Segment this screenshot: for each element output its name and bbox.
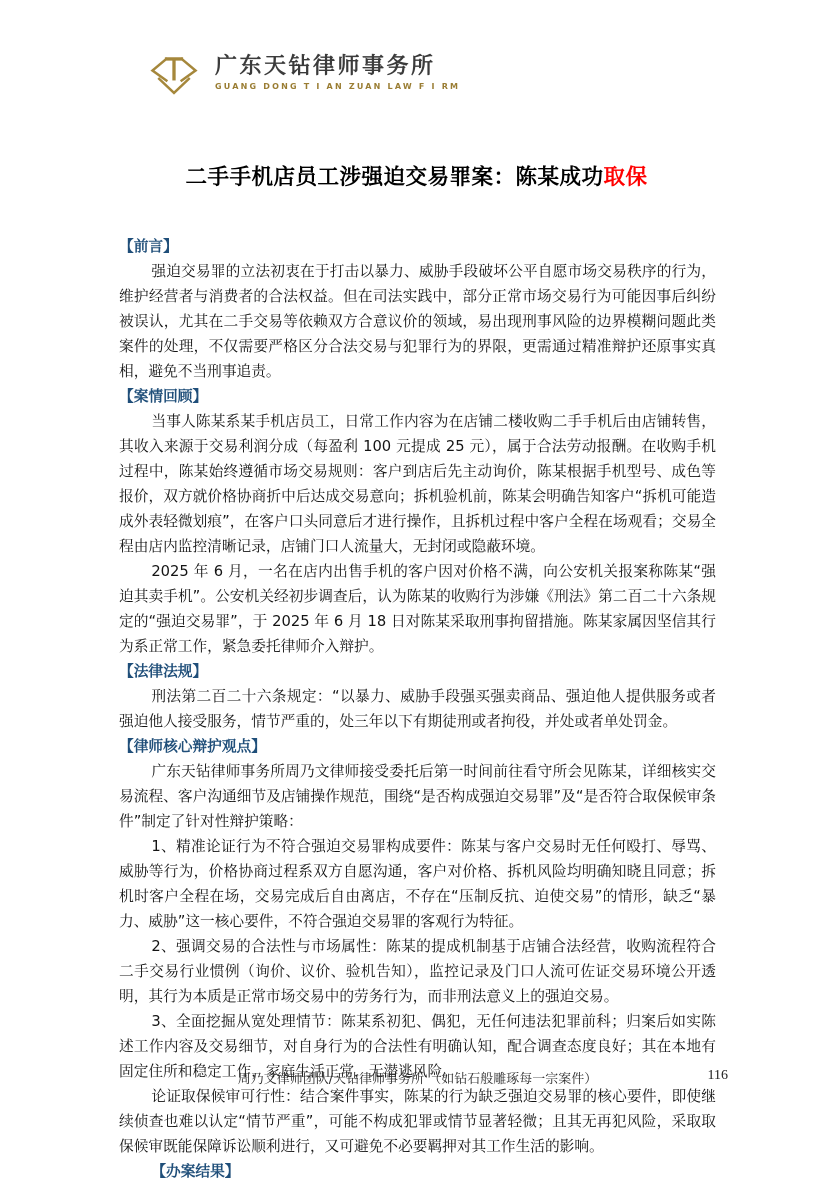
section-heading-laws: 【法律法规】 — [119, 659, 716, 684]
firm-name-en: GUANG DONG T I AN ZUAN LAW F I RM — [215, 82, 460, 91]
paragraph: 论证取保候审可行性：结合案件事实，陈某的行为缺乏强迫交易罪的核心要件，即使继续侦… — [119, 1084, 716, 1159]
paragraph: 当事人陈某系某手机店员工，日常工作内容为在店铺二楼收购二手手机后由店铺转售，其收… — [119, 409, 716, 559]
firm-name-cn: 广东天钻律师事务所 — [215, 55, 460, 79]
paragraph: 2025 年 6 月，一名在店内出售手机的客户因对价格不满，向公安机关报案称陈某… — [119, 559, 716, 659]
page-footer: 周乃文律师团队/天钻律师事务所 （如钻石般雕琢每一宗案件） 116 — [119, 1068, 716, 1087]
paragraph: 1、精准论证行为不符合强迫交易罪构成要件：陈某与客户交易时无任何殴打、辱骂、威胁… — [119, 834, 716, 934]
section-heading-case-result: 【办案结果】 — [119, 1159, 716, 1178]
page-title-main: 二手手机店员工涉强迫交易罪案：陈某成功 — [185, 165, 603, 190]
diamond-t-logo-icon — [145, 48, 203, 98]
letterhead: 广东天钻律师事务所 GUANG DONG T I AN ZUAN LAW F I… — [145, 48, 460, 98]
section-heading-defense-points: 【律师核心辩护观点】 — [119, 734, 716, 759]
paragraph: 2、强调交易的合法性与市场属性：陈某的提成机制基于店铺合法经营，收购流程符合二手… — [119, 934, 716, 1009]
document-body: 【前言】 强迫交易罪的立法初衷在于打击以暴力、威胁手段破坏公平自愿市场交易秩序的… — [119, 234, 716, 1178]
section-heading-case-review: 【案情回顾】 — [119, 384, 716, 409]
firm-name-block: 广东天钻律师事务所 GUANG DONG T I AN ZUAN LAW F I… — [215, 55, 460, 90]
paragraph: 广东天钻律师事务所周乃文律师接受委托后第一时间前往看守所会见陈某，详细核实交易流… — [119, 759, 716, 834]
section-heading-foreword: 【前言】 — [119, 234, 716, 259]
page-number: 116 — [708, 1068, 728, 1084]
document-page: 广东天钻律师事务所 GUANG DONG T I AN ZUAN LAW F I… — [0, 0, 833, 1178]
paragraph: 强迫交易罪的立法初衷在于打击以暴力、威胁手段破坏公平自愿市场交易秩序的行为，维护… — [119, 259, 716, 384]
page-title-highlight: 取保 — [604, 165, 648, 190]
footer-text: 周乃文律师团队/天钻律师事务所 （如钻石般雕琢每一宗案件） — [238, 1072, 598, 1087]
paragraph: 刑法第二百二十六条规定：“以暴力、威胁手段强买强卖商品、强迫他人提供服务或者强迫… — [119, 684, 716, 734]
page-title: 二手手机店员工涉强迫交易罪案：陈某成功取保 — [0, 160, 833, 191]
